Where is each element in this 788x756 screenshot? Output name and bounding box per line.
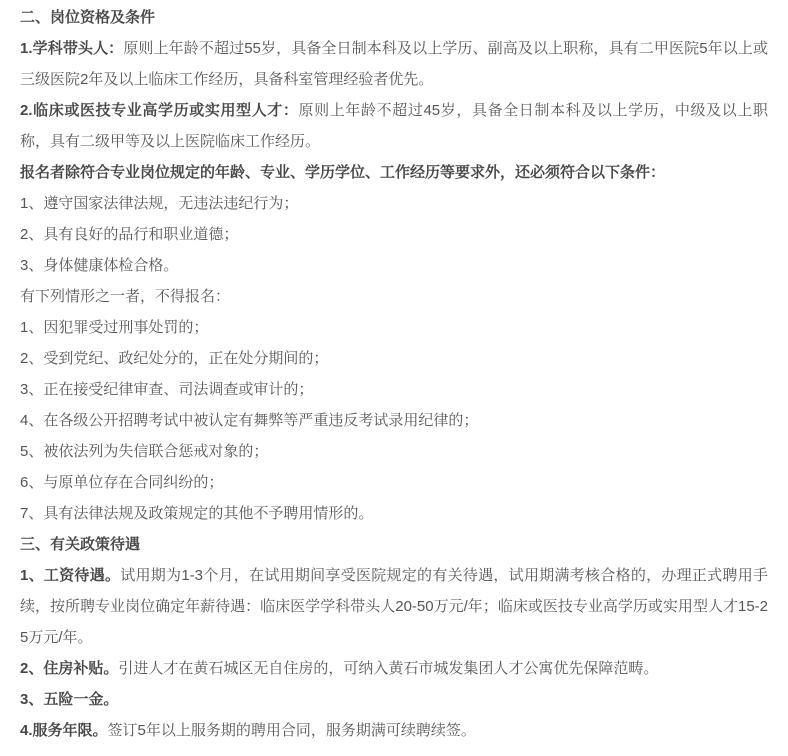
text-run: 1、因犯罪受过刑事处罚的；	[20, 319, 208, 336]
document-body: 二、岗位资格及条件1.学科带头人：原则上年龄不超过55岁，具备全日制本科及以上学…	[0, 0, 788, 746]
bold-text-run: 二、岗位资格及条件	[20, 9, 155, 26]
paragraph: 4.服务年限。签订5年以上服务期的聘用合同，服务期满可续聘续签。	[20, 715, 768, 746]
list-item: 4、在各级公开招聘考试中被认定有舞弊等严重违反考试录用纪律的；	[20, 405, 768, 436]
list-item: 3、身体健康体检合格。	[20, 250, 768, 281]
text-run: 7、具有法律法规及政策规定的其他不予聘用情形的。	[20, 505, 373, 522]
list-item: 6、与原单位存在合同纠纷的；	[20, 467, 768, 498]
list-item: 7、具有法律法规及政策规定的其他不予聘用情形的。	[20, 498, 768, 529]
section-heading: 二、岗位资格及条件	[20, 2, 768, 33]
paragraph: 有下列情形之一者，不得报名：	[20, 281, 768, 312]
list-item: 1、因犯罪受过刑事处罚的；	[20, 312, 768, 343]
text-run: 3、正在接受纪律审查、司法调查或审计的；	[20, 381, 313, 398]
paragraph: 2、住房补贴。引进人才在黄石城区无自住房的，可纳入黄石市城发集团人才公寓优先保障…	[20, 653, 768, 684]
text-run: 原则上年龄不超过55岁，具备全日制本科及以上学历、副高及以上职称，具有二甲医院5…	[20, 40, 768, 88]
bold-text-run: 1、工资待遇。	[20, 567, 120, 584]
bold-text-run: 4.服务年限。	[20, 722, 108, 739]
text-run: 签订5年以上服务期的聘用合同，服务期满可续聘续签。	[108, 722, 476, 739]
text-run: 3、身体健康体检合格。	[20, 257, 178, 274]
list-item: 2、受到党纪、政纪处分的，正在处分期间的；	[20, 343, 768, 374]
text-run: 2、具有良好的品行和职业道德；	[20, 226, 238, 243]
bold-text-run: 报名者除符合专业岗位规定的年龄、专业、学历学位、工作经历等要求外，还必须符合以下…	[20, 164, 665, 181]
text-run: 有下列情形之一者，不得报名：	[20, 288, 230, 305]
list-item: 5、被依法列为失信联合惩戒对象的；	[20, 436, 768, 467]
paragraph: 1.学科带头人：原则上年龄不超过55岁，具备全日制本科及以上学历、副高及以上职称…	[20, 33, 768, 95]
text-run: 试用期为1-3个月，在试用期间享受医院规定的有关待遇，试用期满考核合格的，办理正…	[20, 567, 768, 646]
text-run: 引进人才在黄石城区无自住房的，可纳入黄石市城发集团人才公寓优先保障范畴。	[118, 660, 658, 677]
text-run: 1、遵守国家法律法规，无违法违纪行为；	[20, 195, 298, 212]
paragraph: 报名者除符合专业岗位规定的年龄、专业、学历学位、工作经历等要求外，还必须符合以下…	[20, 157, 768, 188]
list-item: 1、遵守国家法律法规，无违法违纪行为；	[20, 188, 768, 219]
text-run: 5、被依法列为失信联合惩戒对象的；	[20, 443, 268, 460]
text-run: 6、与原单位存在合同纠纷的；	[20, 474, 223, 491]
bold-text-run: 三、有关政策待遇	[20, 536, 140, 553]
text-run: 2、受到党纪、政纪处分的，正在处分期间的；	[20, 350, 328, 367]
paragraph: 1、工资待遇。试用期为1-3个月，在试用期间享受医院规定的有关待遇，试用期满考核…	[20, 560, 768, 653]
paragraph: 3、五险一金。	[20, 684, 768, 715]
list-item: 3、正在接受纪律审查、司法调查或审计的；	[20, 374, 768, 405]
bold-text-run: 1.学科带头人：	[20, 40, 123, 57]
text-run: 4、在各级公开招聘考试中被认定有舞弊等严重违反考试录用纪律的；	[20, 412, 478, 429]
section-heading: 三、有关政策待遇	[20, 529, 768, 560]
bold-text-run: 2、住房补贴。	[20, 660, 118, 677]
list-item: 2、具有良好的品行和职业道德；	[20, 219, 768, 250]
bold-text-run: 3、五险一金。	[20, 691, 118, 708]
bold-text-run: 2.临床或医技专业高学历或实用型人才：	[20, 102, 299, 119]
paragraph: 2.临床或医技专业高学历或实用型人才：原则上年龄不超过45岁，具备全日制本科及以…	[20, 95, 768, 157]
